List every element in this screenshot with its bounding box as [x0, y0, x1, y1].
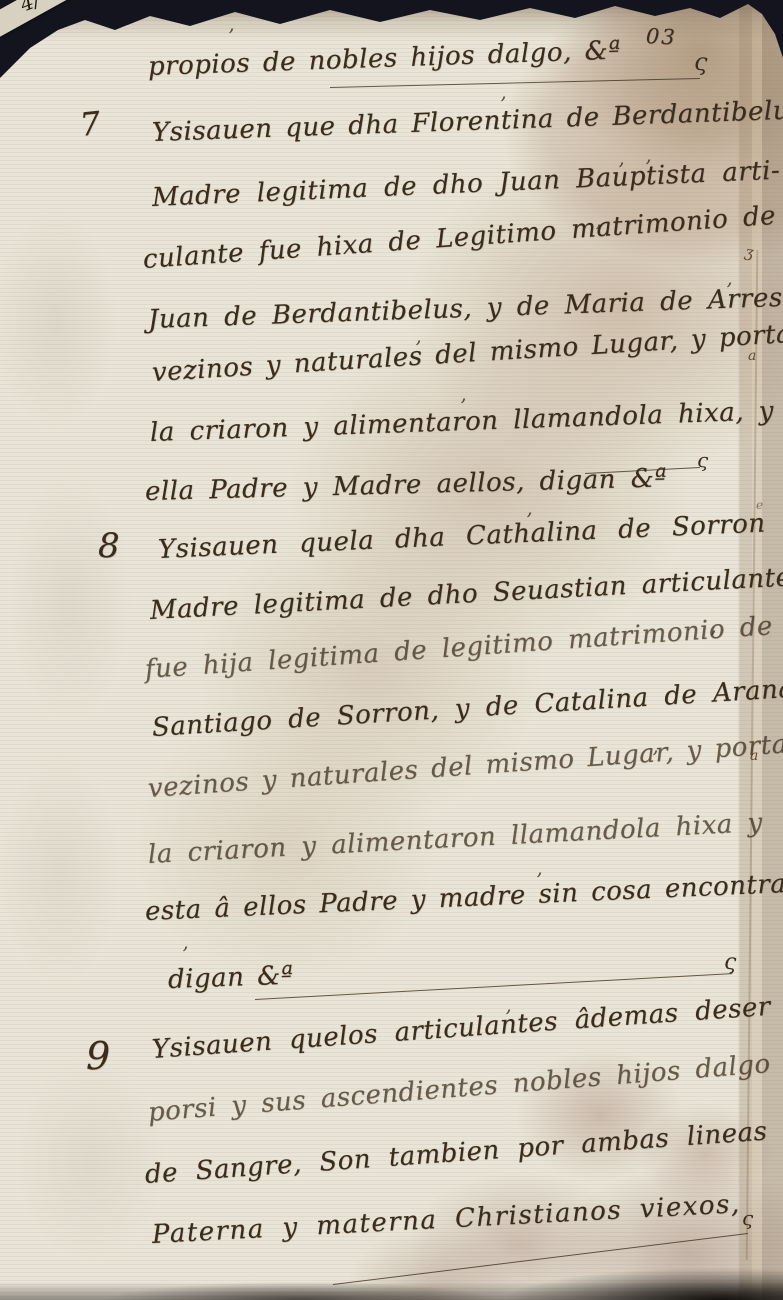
scanned-manuscript: 03 propios de nobles hijos dalgo, &ª ς 7… — [0, 0, 783, 1300]
abbreviation-tilde-mark: ’ — [595, 220, 601, 244]
abbreviation-tilde-mark: ’ — [415, 336, 421, 360]
abbreviation-tilde-mark: ’ — [652, 746, 658, 770]
abbreviation-tilde-mark: ’ — [726, 278, 732, 302]
item-number: 8 — [98, 526, 120, 566]
manuscript-page: 03 propios de nobles hijos dalgo, &ª ς 7… — [0, 0, 783, 1300]
flourish-hook: ς — [724, 950, 736, 975]
margin-superscript-a: a — [750, 748, 758, 764]
flourish-hook: ς — [697, 448, 708, 472]
abbreviation-tilde-mark: ’ — [618, 158, 624, 182]
margin-e-mark: e — [756, 498, 763, 512]
abbreviation-tilde-mark: ’ — [182, 942, 188, 966]
abbreviation-tilde-mark: ’ — [228, 24, 234, 48]
abbreviation-tilde-mark: ’ — [526, 508, 532, 532]
abbreviation-tilde-mark: ’ — [645, 155, 651, 179]
flourish-hook: ς — [742, 1206, 753, 1230]
bottom-edge-shadow — [0, 1260, 783, 1300]
abbreviation-tilde-mark: ’ — [710, 626, 716, 650]
corner-ink-mark: 4/ — [17, 0, 44, 16]
abbreviation-tilde-mark: ’ — [500, 92, 506, 116]
abbreviation-tilde-mark: ’ — [536, 868, 542, 892]
item-number: 7 — [78, 104, 103, 144]
abbreviation-tilde-mark: ’ — [505, 1005, 511, 1029]
folio-number: 03 — [645, 24, 677, 50]
abbreviation-tilde-mark: ’ — [460, 394, 466, 418]
item-number: 9 — [86, 1034, 111, 1078]
flourish-hook: ς — [694, 48, 707, 76]
margin-superscript-a: a — [748, 348, 756, 364]
